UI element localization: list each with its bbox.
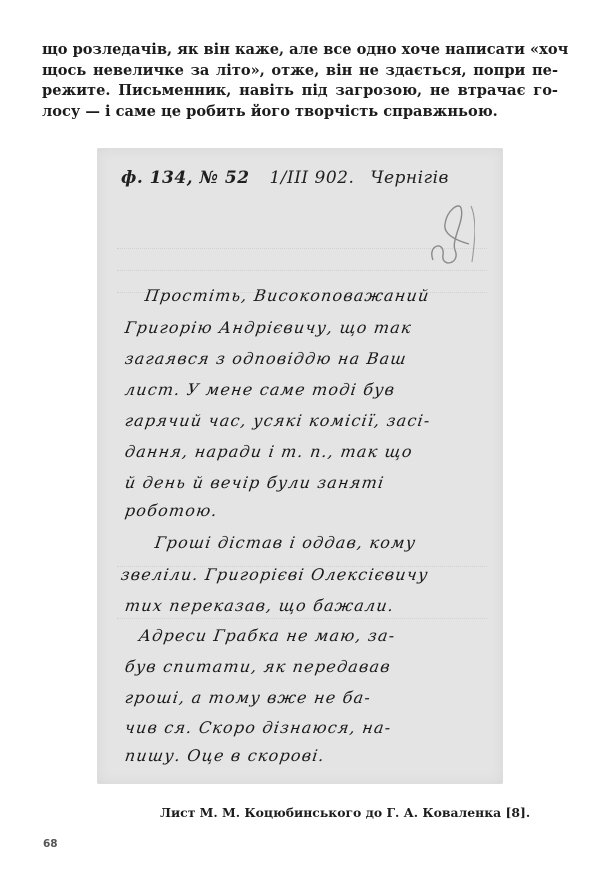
archive-reference: ф. 134, № 52 xyxy=(121,168,250,188)
handwritten-line: був спитати, як передавав xyxy=(124,657,487,676)
handwritten-line: звеліли. Григорієві Олексієвичу xyxy=(120,565,483,584)
handwritten-line: гроші, а тому вже не ба- xyxy=(124,688,487,707)
handwritten-line: Гроші дістав і оддав, кому xyxy=(154,533,503,552)
page-number: 68 xyxy=(43,838,58,850)
handwritten-line: Григорію Андрієвичу, що так xyxy=(124,318,487,337)
body-line: лосу — і саме це робить його творчість с… xyxy=(42,102,558,123)
letter-header: ф. 134, № 52 1/III 902. Чернігів xyxy=(121,168,491,188)
letter-scan-figure: ф. 134, № 52 1/III 902. Чернігів Простіт… xyxy=(97,148,503,784)
body-line: щось невеличке за літо», отже, він не зд… xyxy=(42,61,558,82)
body-line: режите. Письменник, навіть під загрозою,… xyxy=(42,81,558,102)
handwritten-line: лист. У мене саме тоді був xyxy=(124,380,487,399)
book-page: що розледачів, як він каже, але все одно… xyxy=(0,0,600,890)
letter-place: Чернігів xyxy=(370,168,449,188)
letter-date: 1/III 902. xyxy=(269,168,354,188)
handwritten-line: загаявся з одповіддю на Ваш xyxy=(124,349,487,368)
body-paragraph: що розледачів, як він каже, але все одно… xyxy=(42,40,558,122)
bleed-through-line xyxy=(117,618,487,620)
bleed-through-line xyxy=(117,270,487,272)
handwritten-line: чив ся. Скоро дізнаюся, на- xyxy=(124,718,487,737)
figure-caption: Лист М. М. Коцюбинського до Г. А. Ковале… xyxy=(160,805,520,820)
handwritten-line: Адреси Грабка не маю, за- xyxy=(138,626,501,645)
signature-mark-icon xyxy=(425,200,475,270)
handwritten-line: гарячий час, усякі комісії, засі- xyxy=(124,411,487,430)
handwritten-line: тих переказав, що бажали. xyxy=(124,596,487,615)
handwritten-line: роботою. xyxy=(124,501,487,520)
handwritten-line: дання, наради і т. п., так що xyxy=(124,442,487,461)
handwritten-line: й день й вечір були заняті xyxy=(124,473,487,492)
handwritten-line: пишу. Оце в скорові. xyxy=(124,746,487,765)
body-line: що розледачів, як він каже, але все одно… xyxy=(42,40,558,61)
handwritten-line: Простіть, Високоповажаний xyxy=(144,286,503,305)
